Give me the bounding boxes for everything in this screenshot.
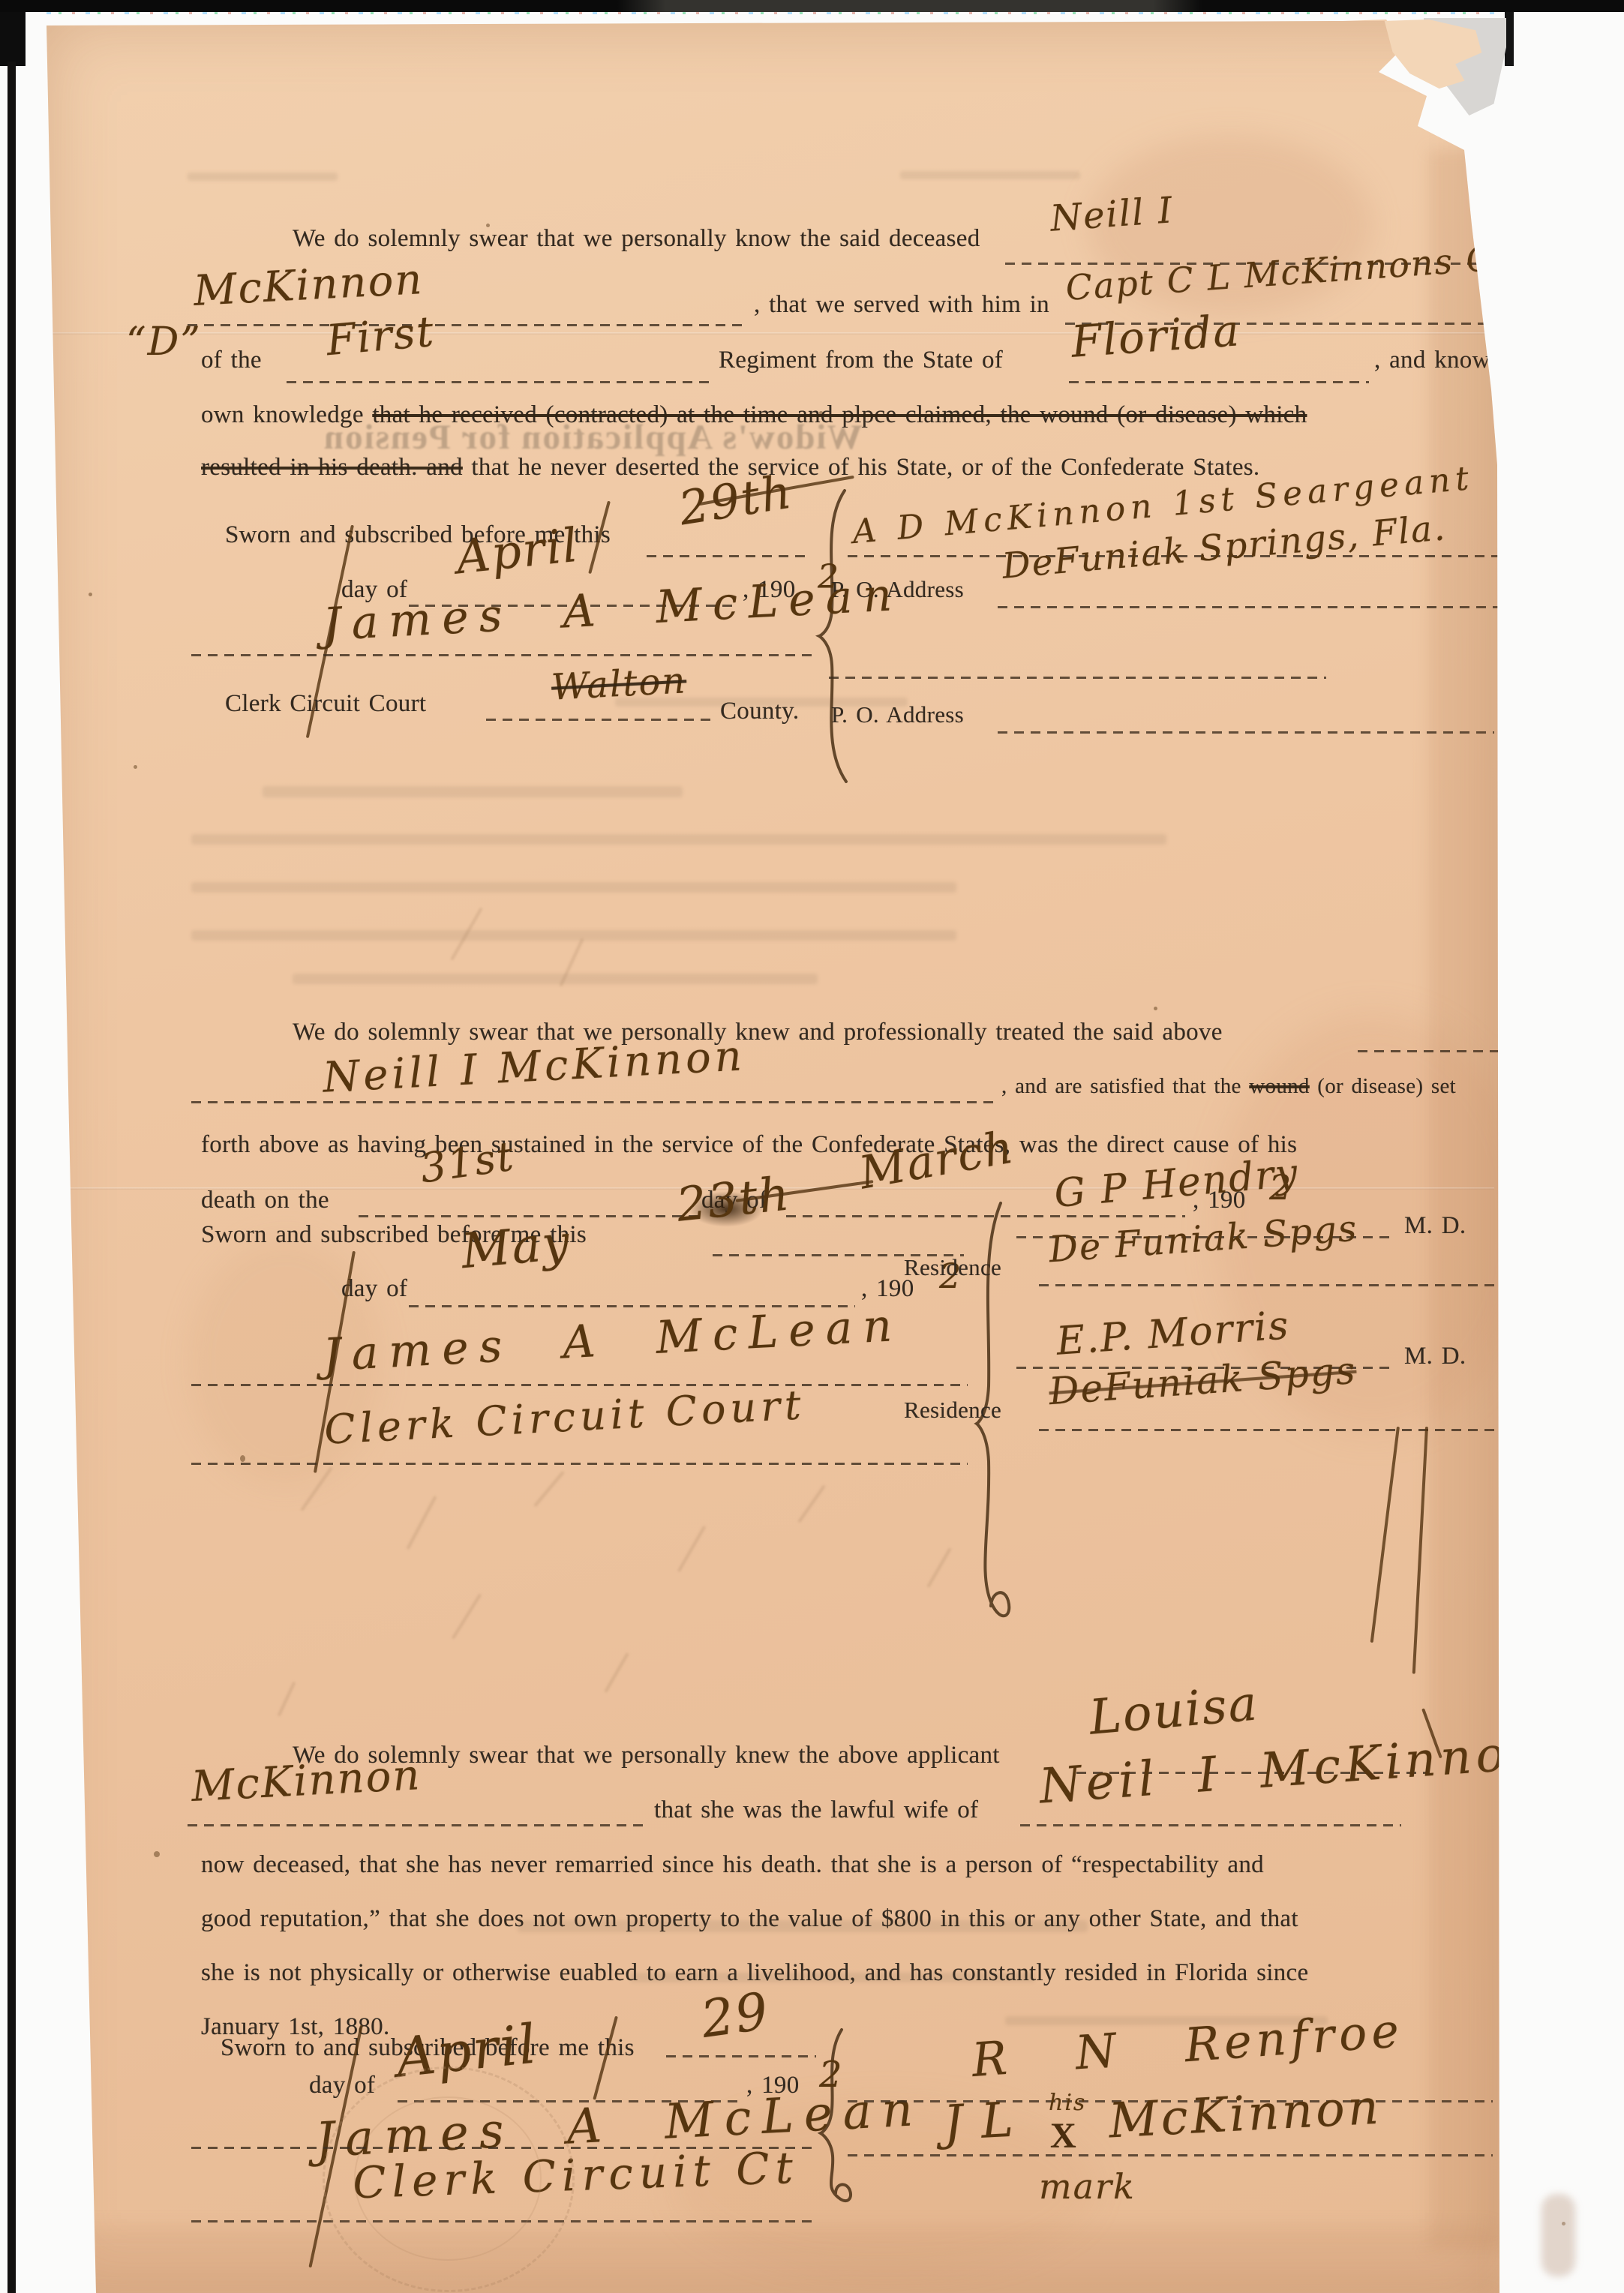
scanner-color-artifact-line (47, 12, 1494, 14)
sworn2-month-handwritten: May (459, 1215, 573, 1280)
s1-line3-printed-c: , and know of our (1374, 347, 1562, 374)
sworn2-residence1-label: Residence (904, 1254, 1001, 1281)
s2-deathon-printed: death on the (201, 1187, 329, 1214)
scanner-left-edge-bar (8, 62, 16, 2293)
sworn1-po-address-blank (998, 606, 1511, 608)
s2-line1-blank (1358, 1050, 1509, 1052)
s3-line2-blank (188, 1824, 647, 1826)
s1-company-handwritten: Capt C L McKinnons Co (1064, 236, 1517, 308)
sworn1-county-blank (486, 719, 714, 721)
sworn3-x-mark: X (1050, 2115, 1076, 2156)
s1-line5-struck-text: resulted in his death. and (201, 454, 463, 481)
scanned-pension-document: Widow's Application for Pension We do so… (0, 0, 1624, 2293)
s3-applicant-surname-handwritten: McKinnon (191, 1751, 422, 1811)
s2-line2-a: , and are satisfied that the (1001, 1074, 1249, 1098)
sworn2-clerk-title-line (191, 1463, 968, 1465)
bleed-through-line (191, 882, 956, 893)
bleed-through-line (293, 974, 818, 984)
s2-line1-printed: We do solemnly swear that we personally … (293, 1019, 1223, 1046)
ink-speck (240, 1455, 245, 1462)
sworn2-signature-line (191, 1384, 968, 1386)
sworn3-day-blank (666, 2055, 816, 2057)
s2-deathday-blank (359, 1215, 698, 1217)
paper-sheet: Widow's Application for Pension We do so… (0, 0, 1624, 2293)
sworn3-witness2-initials-handwritten: J L (942, 2093, 1016, 2152)
s1-line5-plain: that he never deserted the service of hi… (463, 454, 1260, 481)
bleed-through-stroke (533, 1471, 565, 1508)
sworn3-witness1-signature-handwritten: R N Renfroe (970, 2003, 1405, 2087)
sworn3-his-label-handwritten: his (1049, 2090, 1086, 2116)
bleed-through-stroke (300, 1466, 332, 1511)
sworn2-md1-printed: M. D. (1404, 1212, 1466, 1240)
s1-line3-printed-b: Regiment from the State of (719, 347, 1003, 374)
margin-speck (1562, 2222, 1565, 2225)
bleed-through-line (191, 930, 956, 941)
sworn1-clerk-title-printed: Clerk Circuit Court (225, 690, 426, 718)
sworn1-signature-line (191, 654, 812, 656)
ink-speck (154, 1851, 160, 1857)
paper-bottom-shadow (47, 2228, 1494, 2293)
sworn1-po-address-blank2 (998, 731, 1494, 734)
s3-line2-printed: that she was the lawful wife of (654, 1796, 978, 1824)
bleed-through-stroke (677, 1526, 706, 1573)
sworn3-mark-label-handwritten: mark (1039, 2166, 1136, 2207)
pen-flourish (1370, 1427, 1400, 1643)
sworn1-county-printed: County. (720, 698, 799, 725)
sworn3-day-handwritten: 29 (698, 1982, 773, 2050)
sworn1-blank-line-right (829, 677, 1326, 679)
s2-line2-b: (or disease) set (1310, 1074, 1456, 1098)
ink-speck (1154, 1007, 1157, 1010)
s2-name-blank (191, 1101, 996, 1103)
s1-company-letter-handwritten: “D” (126, 320, 202, 365)
bleed-through-stroke (926, 1547, 951, 1588)
s1-regiment-handwritten: First (324, 308, 437, 365)
sworn2-residence2-label: Residence (904, 1397, 1001, 1424)
bleed-through-line (188, 173, 338, 181)
sworn1-county-handwritten: Walton (551, 659, 688, 708)
sworn3-witness2-surname-handwritten: McKinnon (1107, 2080, 1382, 2150)
bleed-through-stroke (452, 1593, 482, 1639)
s1-line2-printed: , that we served with him in (754, 291, 1049, 319)
bleed-through-line (191, 834, 1166, 845)
ink-speck (89, 593, 92, 596)
ink-speck (134, 765, 137, 769)
sworn1-po-address-label2: P. O. Address (831, 701, 964, 728)
sworn3-witness2-line (848, 2154, 1493, 2156)
s1-deceased-surname-handwritten: McKinnon (193, 255, 425, 316)
s1-line2-blank (188, 324, 746, 326)
sworn2-physician1-signature-handwritten: G P Hendry (1052, 1151, 1301, 1217)
s1-line4-struck-text: that he received (contracted) at the tim… (372, 401, 1307, 428)
brace (812, 486, 852, 786)
margin-smudge (1541, 2194, 1575, 2276)
sworn2-residence2-blank (1039, 1429, 1509, 1431)
sworn2-clerk-signature-handwritten: James A McLean (322, 1299, 904, 1382)
embossed-seal-inner (354, 2096, 542, 2261)
pen-flourish (1412, 1427, 1428, 1674)
s2-line3-printed: forth above as having been sustained in … (201, 1131, 1297, 1159)
s1-deceased-firstname-handwritten: Neill I (1049, 189, 1175, 239)
sworn2-day-handwritten: 23th (674, 1166, 794, 1232)
s1-state-blank (1069, 381, 1369, 383)
s2-wound-struck: wound (1249, 1074, 1309, 1098)
bleed-through-line (900, 171, 1080, 179)
sworn2-dayof-printed: day of (341, 1275, 407, 1303)
s1-line4-printed: own knowledge that he received (contract… (201, 401, 1307, 429)
sworn2-md2-printed: M. D. (1404, 1343, 1466, 1370)
sworn2-residence1-blank (1039, 1284, 1509, 1286)
s2-line2-printed: , and are satisfied that the wound (or d… (1001, 1074, 1456, 1099)
s3-applicant-handwritten: Louisa (1087, 1676, 1260, 1745)
sworn1-day-blank (647, 555, 812, 557)
s3-line3-printed: now deceased, that she has never remarri… (201, 1851, 1264, 1879)
bleed-through-stroke (604, 1652, 629, 1693)
bleed-through-line (263, 786, 683, 797)
s1-line3-printed-a: of the (201, 347, 262, 374)
sworn1-month-handwritten: April (454, 518, 581, 585)
s3-line4-printed: good reputation,” that she does not own … (201, 1905, 1298, 1933)
scanner-top-bar (0, 0, 1624, 12)
fold-crease (48, 332, 1494, 335)
sworn2-clerk-title-handwritten: Clerk Circuit Court (323, 1381, 806, 1454)
s1-regiment-blank (287, 381, 713, 383)
s3-husband-blank (1020, 1824, 1401, 1826)
bleed-through-stroke (406, 1496, 437, 1550)
s1-line4-plain: own knowledge (201, 401, 372, 428)
s1-state-handwritten: Florida (1070, 305, 1242, 368)
s1-line1-printed: We do solemnly swear that we personally … (293, 225, 980, 253)
scanner-left-corner (0, 12, 26, 66)
bleed-through-stroke (797, 1484, 826, 1523)
bleed-through-stroke (278, 1681, 296, 1716)
